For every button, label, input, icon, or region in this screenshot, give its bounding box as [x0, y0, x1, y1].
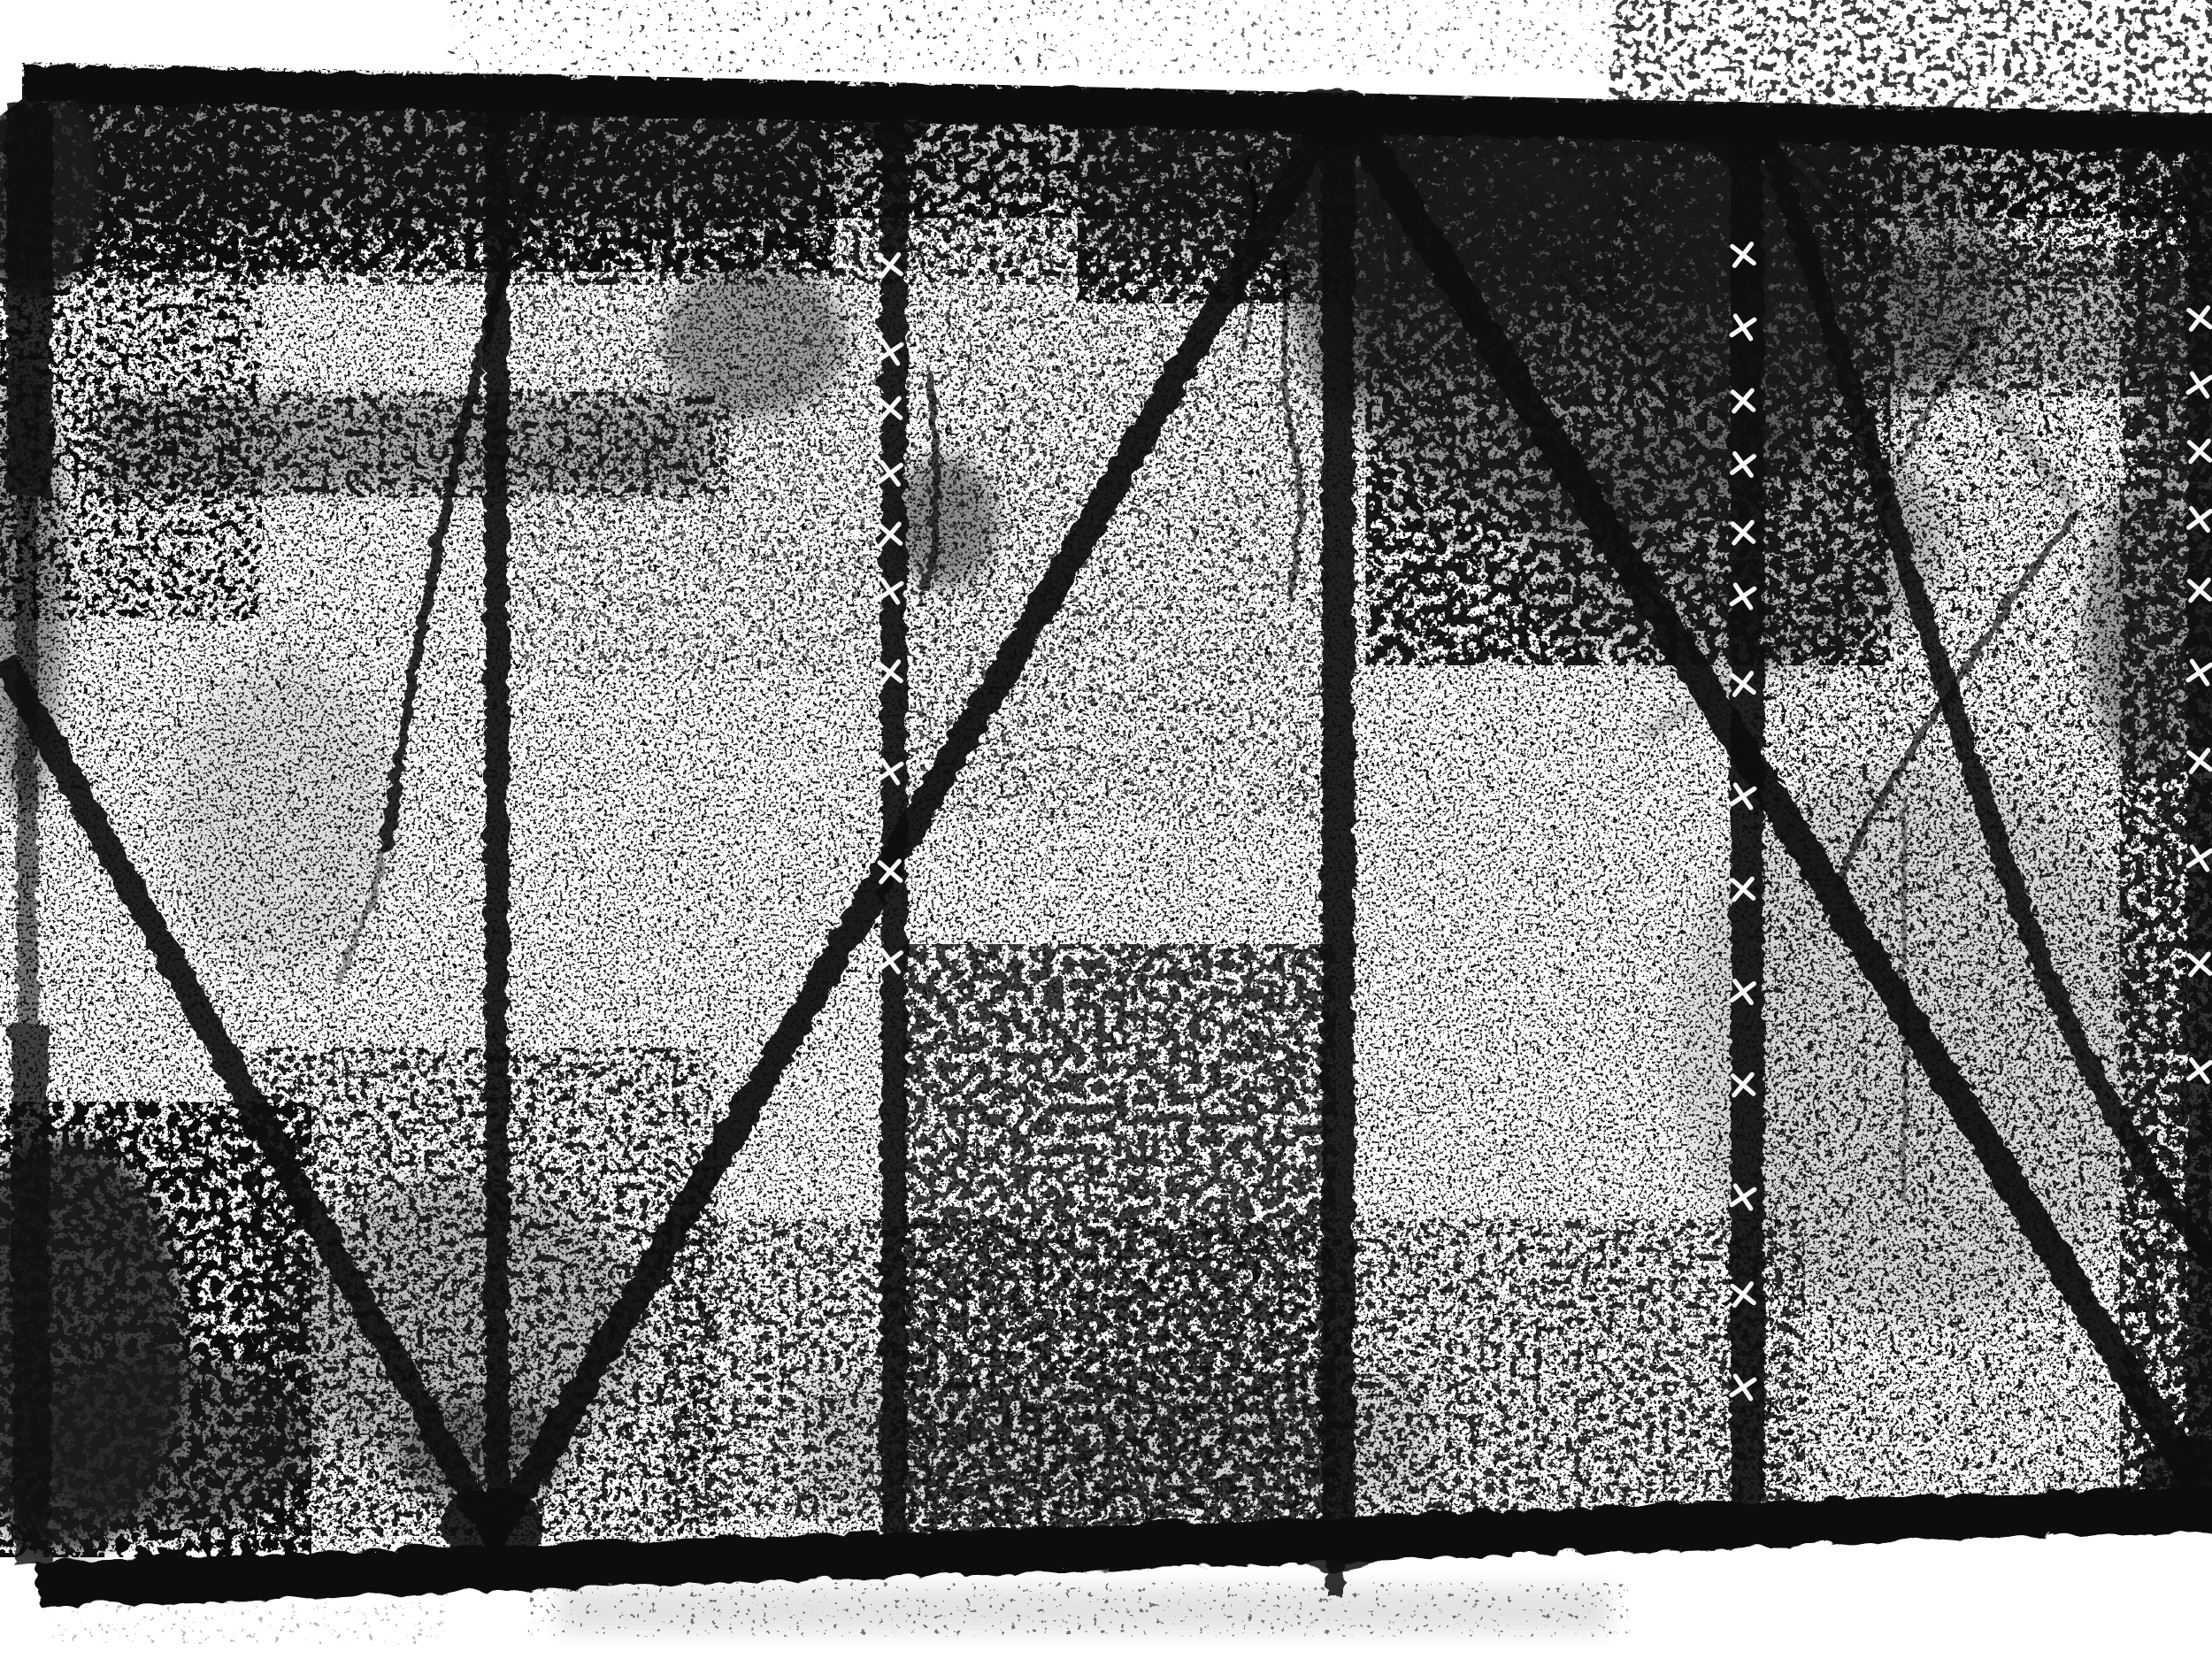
left-edge-streak-bot	[27, 1022, 30, 1562]
post4-top-junction	[1697, 106, 1786, 159]
floor-dust-left	[58, 1603, 438, 1643]
sky-dust-b	[1048, 0, 1624, 73]
post2-top-junction	[855, 96, 926, 142]
midleft-soft	[168, 655, 398, 973]
post2-blob	[892, 456, 998, 588]
gray-smear-left	[102, 398, 712, 491]
post1-top-junction	[457, 83, 528, 129]
left-edge-streak-mid	[23, 495, 25, 1022]
apex-junction	[1292, 85, 1377, 145]
scratch-right-low	[1899, 796, 1902, 1196]
bottomleft-mass-b	[31, 1354, 314, 1531]
panel2-blob	[661, 263, 847, 419]
post3-foot-junction	[1300, 1517, 1371, 1571]
post-3	[1318, 93, 1352, 1559]
fence-truss-photocopy	[0, 0, 2212, 1659]
post1-foot-junction	[435, 1486, 541, 1557]
scanned-photo-page	[0, 0, 2212, 1659]
floor-dust	[549, 1584, 1610, 1635]
sky-dust-a	[460, 0, 1044, 71]
